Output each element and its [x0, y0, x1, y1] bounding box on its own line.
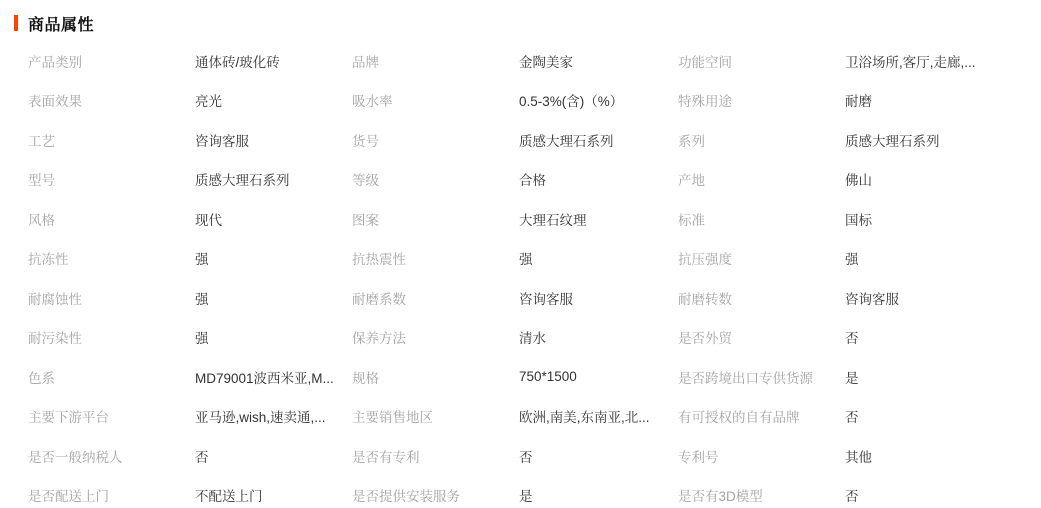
attr-value: 清水: [519, 327, 546, 347]
accent-bar-icon: [14, 15, 18, 31]
attr-value: 否: [845, 485, 859, 505]
attr-value: 金陶美家: [519, 51, 573, 71]
attr-value: 欧洲,南美,东南亚,北...: [519, 406, 650, 426]
attr-cell: 抗热震性强: [352, 248, 678, 268]
attr-label: 耐腐蚀性: [28, 288, 195, 308]
attr-value: 质感大理石系列: [195, 169, 290, 189]
attr-value: 亚马逊,wish,速卖通,...: [195, 406, 326, 426]
attr-cell: 是否提供安装服务是: [352, 485, 678, 505]
attr-label: 货号: [352, 130, 519, 150]
attr-label: 专利号: [678, 446, 845, 466]
attr-cell: 色系MD79001波西米亚,M...: [28, 367, 352, 387]
attr-label: 是否提供安装服务: [352, 485, 519, 505]
attr-value: 咨询客服: [195, 130, 249, 150]
attr-row: 耐腐蚀性强耐磨系数咨询客服耐磨转数咨询客服: [0, 278, 1041, 318]
attr-value: 其他: [845, 446, 872, 466]
attr-cell: 抗压强度强: [678, 248, 1041, 268]
attr-cell: 规格750*1500: [352, 367, 678, 387]
attr-label: 是否外贸: [678, 327, 845, 347]
attr-cell: 耐磨系数咨询客服: [352, 288, 678, 308]
attr-label: 品牌: [352, 51, 519, 71]
attr-label: 吸水率: [352, 90, 519, 110]
attr-value: 强: [195, 288, 209, 308]
attr-label: 耐污染性: [28, 327, 195, 347]
attr-cell: 图案大理石纹理: [352, 209, 678, 229]
attr-label: 耐磨系数: [352, 288, 519, 308]
attr-value: 否: [195, 446, 209, 466]
attr-cell: 耐腐蚀性强: [28, 288, 352, 308]
attr-cell: 是否跨境出口专供货源是: [678, 367, 1041, 387]
attr-row: 主要下游平台亚马逊,wish,速卖通,...主要销售地区欧洲,南美,东南亚,北.…: [0, 397, 1041, 437]
attr-value: 强: [845, 248, 859, 268]
attr-label: 是否有专利: [352, 446, 519, 466]
attr-label: 特殊用途: [678, 90, 845, 110]
attr-value: 否: [845, 406, 859, 426]
attr-cell: 风格现代: [28, 209, 352, 229]
attr-value: 否: [845, 327, 859, 347]
attr-cell: 等级合格: [352, 169, 678, 189]
attr-cell: 特殊用途耐磨: [678, 90, 1041, 110]
attr-label: 耐磨转数: [678, 288, 845, 308]
attr-row: 型号质感大理石系列等级合格产地佛山: [0, 160, 1041, 200]
attr-label: 抗冻性: [28, 248, 195, 268]
attr-label: 功能空间: [678, 51, 845, 71]
section-header: 商品属性: [0, 0, 1041, 32]
attr-cell: 是否外贸否: [678, 327, 1041, 347]
attr-cell: 是否配送上门不配送上门: [28, 485, 352, 505]
attr-value: 国标: [845, 209, 872, 229]
attr-cell: 货号质感大理石系列: [352, 130, 678, 150]
attr-label: 是否跨境出口专供货源: [678, 367, 845, 387]
attr-cell: 保养方法清水: [352, 327, 678, 347]
attr-value: 否: [519, 446, 533, 466]
attr-value: 质感大理石系列: [845, 130, 940, 150]
attr-value: 750*1500: [519, 369, 577, 384]
attr-label: 是否一般纳税人: [28, 446, 195, 466]
attr-value: 质感大理石系列: [519, 130, 614, 150]
attr-row: 是否一般纳税人否是否有专利否专利号其他: [0, 436, 1041, 476]
attr-value: 大理石纹理: [519, 209, 587, 229]
attr-label: 系列: [678, 130, 845, 150]
attr-value: 合格: [519, 169, 546, 189]
attr-cell: 吸水率0.5-3%(含)（%）: [352, 90, 678, 110]
attr-cell: 主要销售地区欧洲,南美,东南亚,北...: [352, 406, 678, 426]
attr-cell: 是否有3D模型否: [678, 485, 1041, 505]
attr-value: 是: [845, 367, 859, 387]
attr-row: 工艺咨询客服货号质感大理石系列系列质感大理石系列: [0, 120, 1041, 160]
attr-value: 亮光: [195, 90, 222, 110]
attr-label: 色系: [28, 367, 195, 387]
attr-value: 强: [195, 248, 209, 268]
attr-label: 保养方法: [352, 327, 519, 347]
attr-cell: 耐磨转数咨询客服: [678, 288, 1041, 308]
attr-label: 抗压强度: [678, 248, 845, 268]
attr-cell: 系列质感大理石系列: [678, 130, 1041, 150]
attr-cell: 型号质感大理石系列: [28, 169, 352, 189]
attr-value: 0.5-3%(含)（%）: [519, 90, 623, 110]
attr-cell: 专利号其他: [678, 446, 1041, 466]
attr-label: 有可授权的自有品牌: [678, 406, 845, 426]
attr-label: 产地: [678, 169, 845, 189]
attr-label: 表面效果: [28, 90, 195, 110]
attr-cell: 表面效果亮光: [28, 90, 352, 110]
attr-cell: 是否有专利否: [352, 446, 678, 466]
attr-cell: 产品类别通体砖/玻化砖: [28, 51, 352, 71]
attr-cell: 标准国标: [678, 209, 1041, 229]
attr-value: 不配送上门: [195, 485, 263, 505]
attr-value: 强: [195, 327, 209, 347]
attr-label: 等级: [352, 169, 519, 189]
attr-label: 工艺: [28, 130, 195, 150]
attr-cell: 是否一般纳税人否: [28, 446, 352, 466]
attr-value: 强: [519, 248, 533, 268]
attr-row: 耐污染性强保养方法清水是否外贸否: [0, 318, 1041, 358]
attr-value: 佛山: [845, 169, 872, 189]
attr-value: 现代: [195, 209, 222, 229]
attr-row: 是否配送上门不配送上门是否提供安装服务是是否有3D模型否: [0, 476, 1041, 508]
attr-row: 色系MD79001波西米亚,M...规格750*1500是否跨境出口专供货源是: [0, 357, 1041, 397]
attr-label: 标准: [678, 209, 845, 229]
attr-cell: 功能空间卫浴场所,客厅,走廊,...: [678, 51, 1041, 71]
attr-cell: 工艺咨询客服: [28, 130, 352, 150]
attr-row: 抗冻性强抗热震性强抗压强度强: [0, 239, 1041, 279]
attr-label: 主要销售地区: [352, 406, 519, 426]
attr-label: 规格: [352, 367, 519, 387]
attr-label: 产品类别: [28, 51, 195, 71]
attr-value: 耐磨: [845, 90, 872, 110]
attr-cell: 产地佛山: [678, 169, 1041, 189]
attr-value: 是: [519, 485, 533, 505]
attr-label: 抗热震性: [352, 248, 519, 268]
attr-label: 风格: [28, 209, 195, 229]
attr-value: MD79001波西米亚,M...: [195, 367, 334, 387]
page-title: 商品属性: [28, 12, 94, 35]
attributes-table: 产品类别通体砖/玻化砖品牌金陶美家功能空间卫浴场所,客厅,走廊,...表面效果亮…: [0, 41, 1041, 508]
attr-cell: 有可授权的自有品牌否: [678, 406, 1041, 426]
attr-cell: 主要下游平台亚马逊,wish,速卖通,...: [28, 406, 352, 426]
attr-value: 通体砖/玻化砖: [195, 51, 280, 71]
attr-label: 图案: [352, 209, 519, 229]
attr-label: 型号: [28, 169, 195, 189]
attr-cell: 耐污染性强: [28, 327, 352, 347]
attr-value: 咨询客服: [519, 288, 573, 308]
attr-row: 风格现代图案大理石纹理标准国标: [0, 199, 1041, 239]
attr-cell: 抗冻性强: [28, 248, 352, 268]
attr-label: 是否有3D模型: [678, 485, 845, 505]
attr-label: 主要下游平台: [28, 406, 195, 426]
attr-cell: 品牌金陶美家: [352, 51, 678, 71]
attr-row: 产品类别通体砖/玻化砖品牌金陶美家功能空间卫浴场所,客厅,走廊,...: [0, 41, 1041, 81]
attr-row: 表面效果亮光吸水率0.5-3%(含)（%）特殊用途耐磨: [0, 81, 1041, 121]
attr-label: 是否配送上门: [28, 485, 195, 505]
attr-value: 卫浴场所,客厅,走廊,...: [845, 51, 976, 71]
attr-value: 咨询客服: [845, 288, 899, 308]
